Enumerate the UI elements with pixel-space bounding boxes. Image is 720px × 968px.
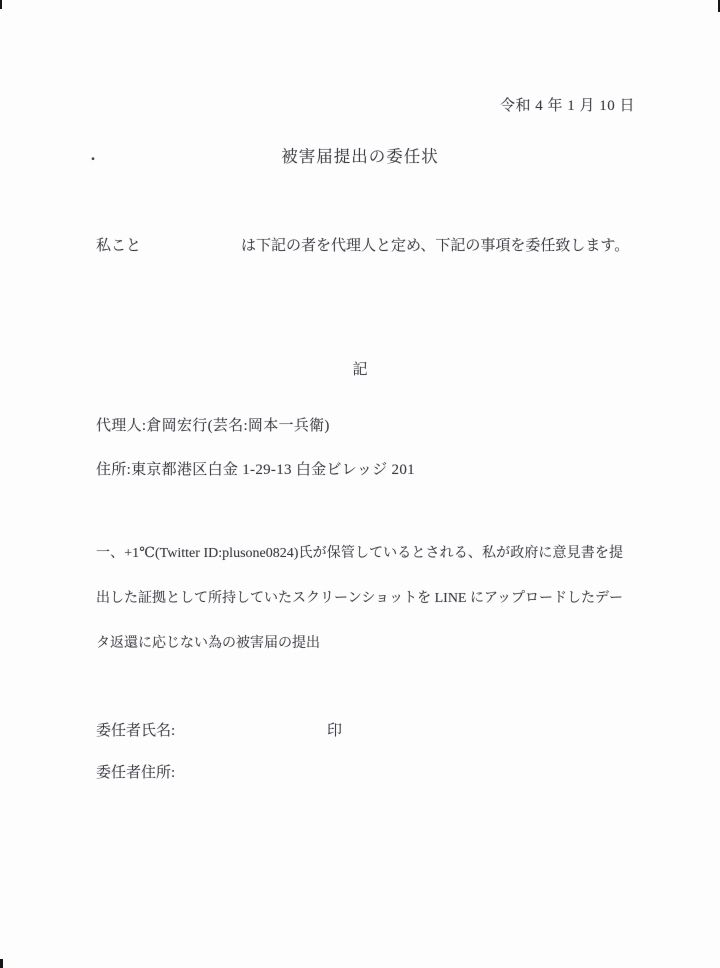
scan-artifact-bottom-left — [0, 959, 3, 968]
declaration-line: 私ことは下記の者を代理人と定め、下記の事項を委任致します。 — [96, 237, 629, 256]
clause-line-1: 一、+1℃(Twitter ID:plusone0824)氏が保管しているとされ… — [96, 531, 623, 576]
declaration-prefix: 私こと — [96, 238, 141, 254]
declaration-suffix: は下記の者を代理人と定め、下記の事項を委任致します。 — [241, 238, 629, 254]
agent-address-line: 住所:東京都港区白金 1-29-13 白金ビレッジ 201 — [96, 461, 415, 480]
clause-line-3: タ返還に応じない為の被害届の提出 — [96, 621, 623, 666]
date-line: 令和 4 年 1 月 10 日 — [500, 97, 635, 116]
seal-placeholder-mark: 印 — [327, 722, 342, 741]
agent-name-line: 代理人:倉岡宏行(芸名:岡本一兵衛) — [96, 417, 330, 436]
section-marker-ki: 記 — [0, 361, 720, 380]
document-title: 被害届提出の委任状 — [0, 147, 720, 166]
clause-line-2: 出した証拠として所持していたスクリーンショットを LINE にアップロードしたデ… — [96, 576, 623, 621]
delegator-name-label: 委任者氏名: — [96, 722, 175, 741]
delegation-clause: 一、+1℃(Twitter ID:plusone0824)氏が保管しているとされ… — [96, 531, 623, 666]
scan-artifact-top-left — [0, 0, 2, 9]
delegator-address-label: 委任者住所: — [96, 764, 175, 783]
document-page: 令和 4 年 1 月 10 日 . 被害届提出の委任状 私ことは下記の者を代理人… — [0, 0, 720, 968]
